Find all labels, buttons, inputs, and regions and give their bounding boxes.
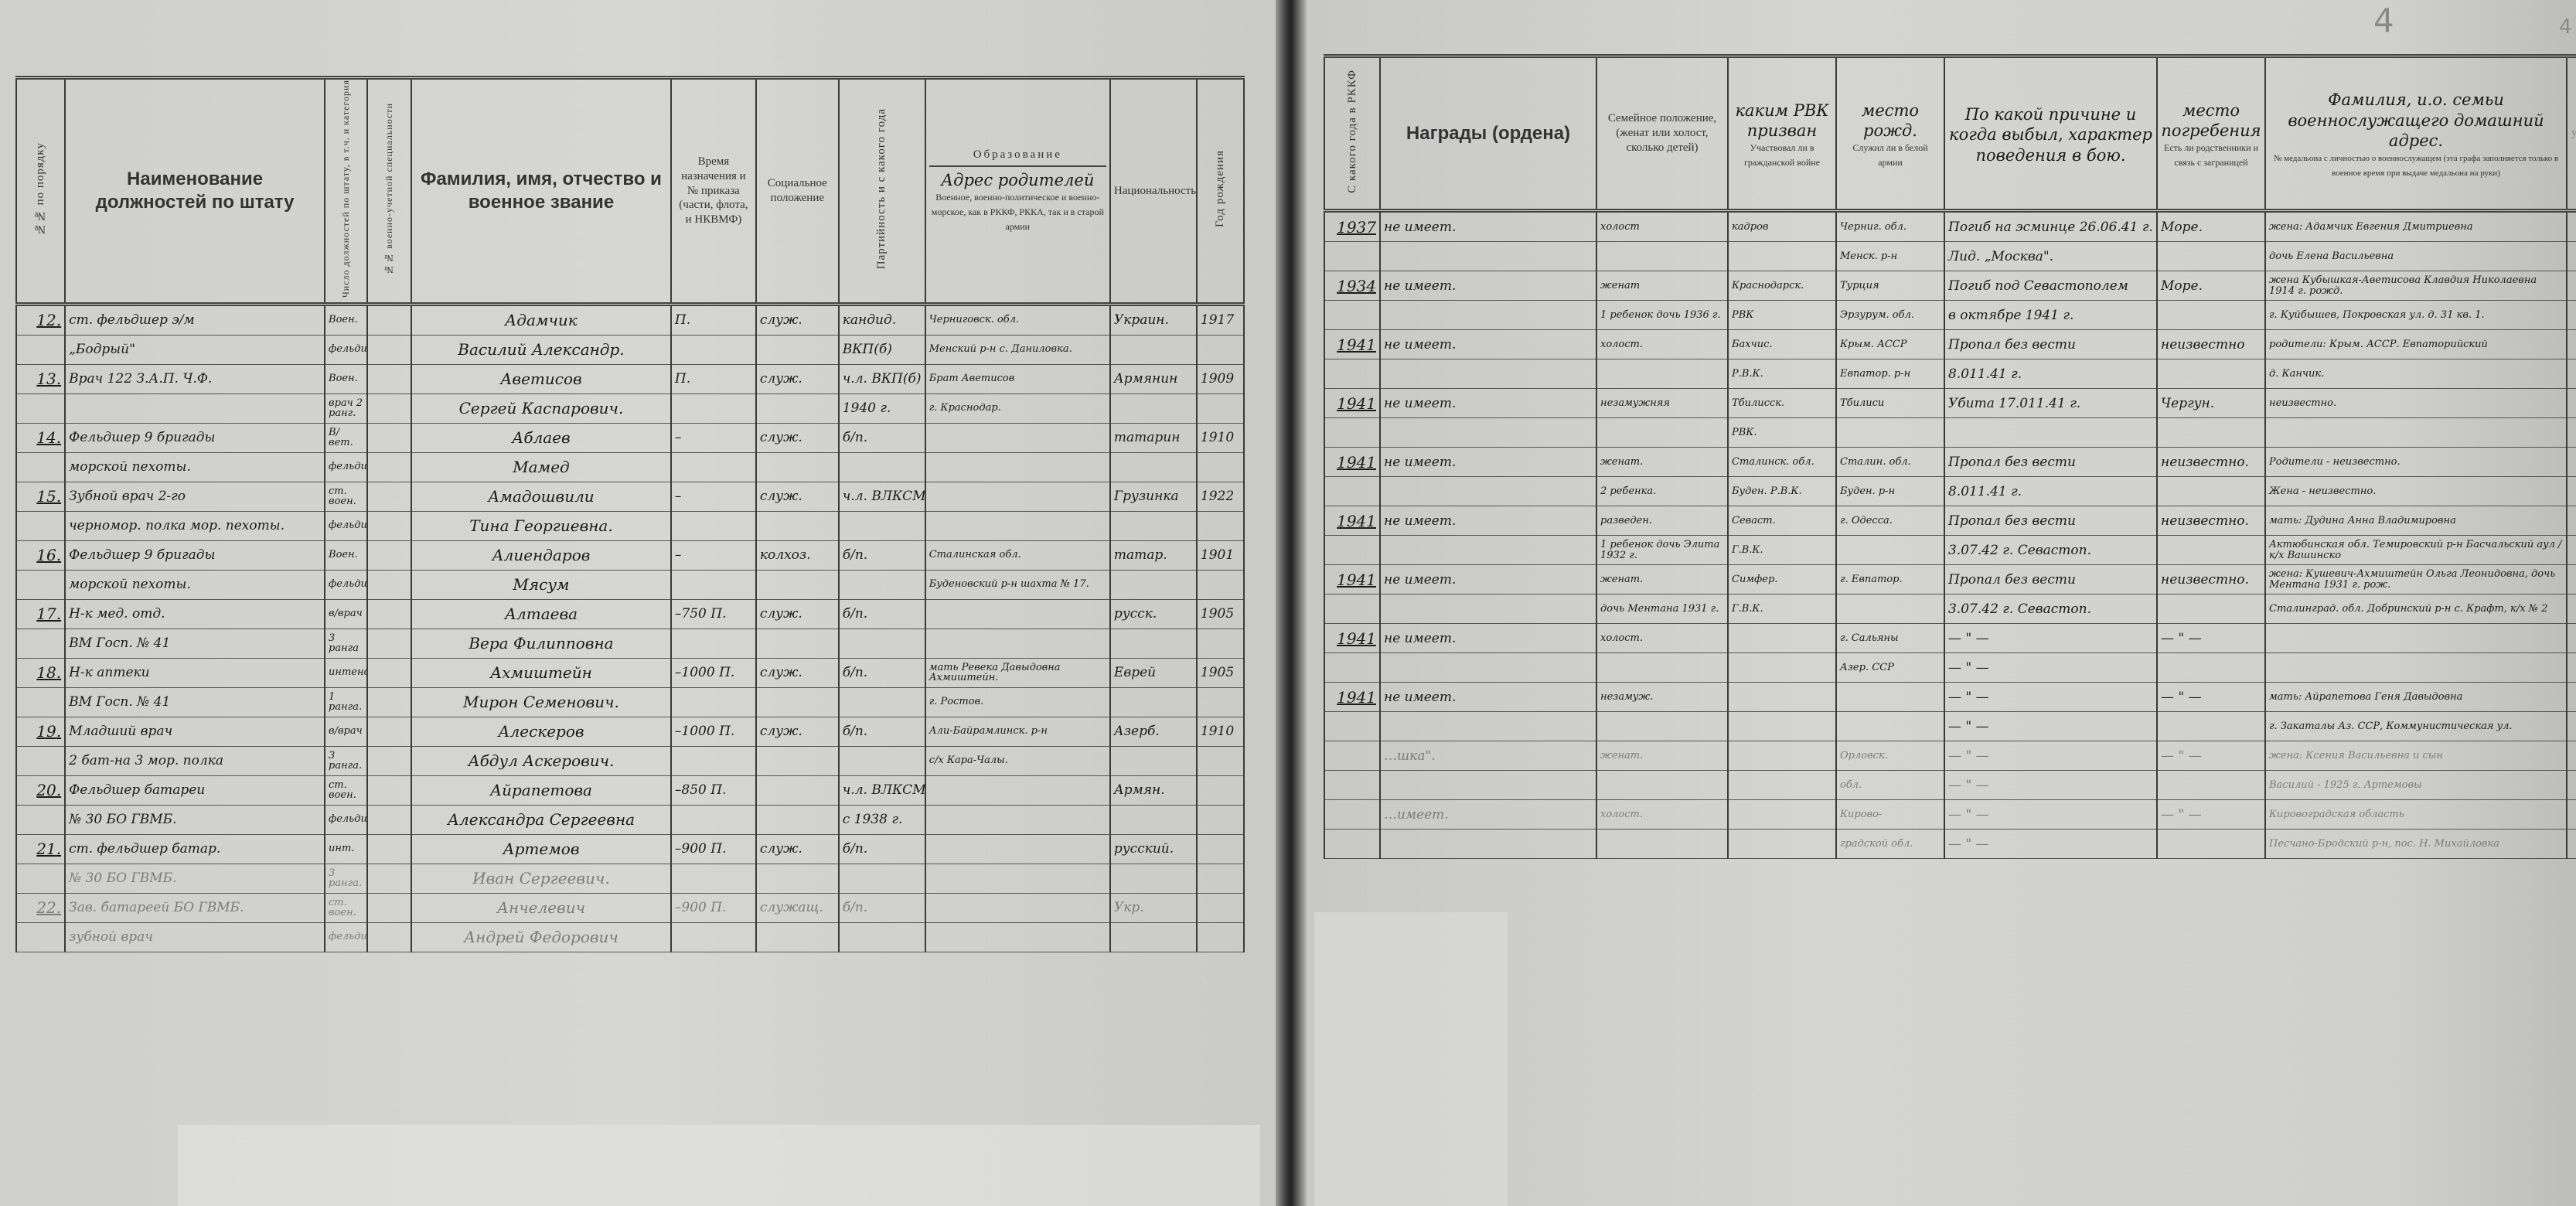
- nationality-cell: Грузинка: [1110, 482, 1197, 511]
- party-cell: б/п.: [839, 717, 925, 746]
- departure-cell: [2567, 211, 2576, 242]
- position-cell: ст. фельдшер э/м: [65, 304, 325, 335]
- departure-cell: [2567, 712, 2576, 741]
- row-number: [16, 687, 65, 717]
- row-number: 17.: [16, 599, 65, 629]
- appointment-cell: –1000 П.: [671, 658, 756, 687]
- row-number: 19.: [16, 717, 65, 746]
- reason-cell: — " —: [1944, 712, 2157, 741]
- since-year-cell: [1324, 800, 1380, 830]
- nationality-cell: [1110, 922, 1197, 952]
- burial-place-cell: неизвестно.: [2157, 448, 2265, 477]
- party-cell: [839, 687, 925, 717]
- table-row: ВМ Госп. № 413 рангаВера Филипповна: [16, 629, 1244, 658]
- name-cell: Тина Георгиевна.: [411, 511, 671, 540]
- name-cell: Алескеров: [411, 717, 671, 746]
- family-status-cell: незамуж.: [1596, 683, 1728, 712]
- parents-address-cell: [925, 511, 1110, 540]
- appointment-cell: [671, 746, 756, 775]
- burial-place-cell: Море.: [2157, 211, 2265, 242]
- row-number: [16, 452, 65, 482]
- social-cell: [756, 393, 839, 423]
- nationality-cell: Еврей: [1110, 658, 1197, 687]
- position-cell: морской пехоты.: [65, 452, 325, 482]
- family-status-cell: [1596, 653, 1728, 683]
- awards-cell: [1380, 418, 1596, 448]
- nationality-cell: татар.: [1110, 540, 1197, 570]
- departure-cell: [2567, 830, 2576, 859]
- appointment-cell: –: [671, 482, 756, 511]
- awards-cell: не имеет.: [1380, 683, 1596, 712]
- table-row: „Бодрый"фельдш.Василий Александр.ВКП(б)М…: [16, 335, 1244, 364]
- departure-cell: [2567, 389, 2576, 418]
- birthplace-cell: градской обл.: [1836, 830, 1944, 859]
- parents-address-cell: [925, 864, 1110, 893]
- family-address-cell: Жена - неизвестно.: [2265, 477, 2567, 506]
- vus-cell: [367, 304, 411, 335]
- name-cell: Мамед: [411, 452, 671, 482]
- draft-office-cell: [1728, 771, 1836, 800]
- position-cell: ВМ Госп. № 41: [65, 687, 325, 717]
- header-civil-war: каким РВК призванУчаствовал ли в граждан…: [1728, 56, 1836, 211]
- awards-cell: не имеет.: [1380, 211, 1596, 242]
- family-address-cell: Василий - 1925 г. Артемовы: [2265, 771, 2567, 800]
- social-cell: [756, 922, 839, 952]
- draft-office-cell: [1728, 830, 1836, 859]
- page-number-corner: 4: [2559, 15, 2572, 39]
- position-cell: ВМ Госп. № 41: [65, 629, 325, 658]
- row-number: 14.: [16, 423, 65, 452]
- since-year-cell: [1324, 536, 1380, 565]
- since-year-cell: 1937: [1324, 211, 1380, 242]
- right-register-table: С какого года в РККФ Награды (ордена) Се…: [1324, 54, 2576, 859]
- parents-address-cell: Али-Байрамлинск. р-н: [925, 717, 1110, 746]
- parents-address-cell: [925, 775, 1110, 805]
- position-cell: Н-к мед. отд.: [65, 599, 325, 629]
- family-address-cell: [2265, 624, 2567, 653]
- vus-cell: [367, 893, 411, 922]
- birthplace-cell: Буден. р-н: [1836, 477, 1944, 506]
- table-row: 22.Зав. батареей БО ГВМБ.ст. воен.Анчеле…: [16, 893, 1244, 922]
- burial-place-cell: [2157, 830, 2265, 859]
- awards-cell: не имеет.: [1380, 389, 1596, 418]
- vus-cell: [367, 482, 411, 511]
- party-cell: с 1938 г.: [839, 805, 925, 834]
- draft-office-cell: [1728, 800, 1836, 830]
- since-year-cell: [1324, 653, 1380, 683]
- row-number: 13.: [16, 364, 65, 393]
- appointment-cell: –750 П.: [671, 599, 756, 629]
- awards-cell: не имеет.: [1380, 448, 1596, 477]
- birth-year-cell: [1197, 687, 1244, 717]
- family-status-cell: [1596, 242, 1728, 271]
- table-row: 1937не имеет.холосткадровЧерниг. обл.Пог…: [1324, 211, 2576, 242]
- parents-address-cell: с/х Кара-Чалы.: [925, 746, 1110, 775]
- birth-year-cell: 1917: [1197, 304, 1244, 335]
- reason-cell: — " —: [1944, 771, 2157, 800]
- name-cell: Алтаева: [411, 599, 671, 629]
- draft-office-cell: [1728, 624, 1836, 653]
- since-year-cell: 1941: [1324, 683, 1380, 712]
- birth-year-cell: [1197, 746, 1244, 775]
- reason-cell: Погиб под Севастополем: [1944, 271, 2157, 301]
- departure-cell: [2567, 506, 2576, 536]
- parents-address-cell: Сталинская обл.: [925, 540, 1110, 570]
- departure-cell: [2567, 448, 2576, 477]
- birth-year-cell: [1197, 452, 1244, 482]
- birthplace-cell: Крым. АССР: [1836, 330, 1944, 359]
- rank-cell: 3 ранга.: [325, 864, 367, 893]
- vus-cell: [367, 335, 411, 364]
- burial-place-cell: — " —: [2157, 741, 2265, 771]
- vus-cell: [367, 805, 411, 834]
- position-cell: 2 бат-на 3 мор. полка: [65, 746, 325, 775]
- name-cell: Мясум: [411, 570, 671, 599]
- awards-cell: [1380, 771, 1596, 800]
- social-cell: [756, 335, 839, 364]
- header-education: Образование Адрес родителей Военное, вое…: [925, 78, 1110, 305]
- reason-cell: Лид. „Москва".: [1944, 242, 2157, 271]
- family-address-cell: Кировоградская область: [2265, 800, 2567, 830]
- birthplace-cell: г. Евпатор.: [1836, 565, 1944, 594]
- departure-cell: [2567, 271, 2576, 301]
- vus-cell: [367, 540, 411, 570]
- family-address-cell: дочь Елена Васильевна: [2265, 242, 2567, 271]
- position-cell: черномор. полка мор. пехоты.: [65, 511, 325, 540]
- nationality-cell: [1110, 864, 1197, 893]
- family-status-cell: холост.: [1596, 330, 1728, 359]
- table-row: зубной врачфельдш.Андрей Федорович: [16, 922, 1244, 952]
- table-row: РВК.: [1324, 418, 2576, 448]
- draft-office-cell: Г.В.К.: [1728, 594, 1836, 624]
- reason-cell: — " —: [1944, 653, 2157, 683]
- appointment-cell: –1000 П.: [671, 717, 756, 746]
- family-status-cell: женат.: [1596, 741, 1728, 771]
- table-row: обл.— " —Василий - 1925 г. Артемовы: [1324, 771, 2576, 800]
- burial-place-cell: неизвестно: [2157, 330, 2265, 359]
- social-cell: служ.: [756, 599, 839, 629]
- row-number: 20.: [16, 775, 65, 805]
- reason-cell: Пропал без вести: [1944, 565, 2157, 594]
- nationality-cell: [1110, 393, 1197, 423]
- header-appointment: Время назначения и № приказа (части, фло…: [671, 78, 756, 305]
- since-year-cell: [1324, 830, 1380, 859]
- family-status-cell: холост.: [1596, 800, 1728, 830]
- position-cell: № 30 БО ГВМБ.: [65, 805, 325, 834]
- burial-place-cell: [2157, 359, 2265, 389]
- family-status-cell: [1596, 418, 1728, 448]
- vus-cell: [367, 717, 411, 746]
- nationality-cell: [1110, 511, 1197, 540]
- table-row: 14.Фельдшер 9 бригадыВ/вет.Аблаев–служ.б…: [16, 423, 1244, 452]
- appointment-cell: П.: [671, 364, 756, 393]
- awards-cell: не имеет.: [1380, 624, 1596, 653]
- parents-address-cell: [925, 599, 1110, 629]
- table-row: 1941не имеет.холост.г. Сальяны— " —— " —: [1324, 624, 2576, 653]
- family-address-cell: жена: Ксения Васильевна и сын: [2265, 741, 2567, 771]
- header-nationality: Национальность: [1110, 78, 1197, 305]
- birthplace-cell: Кирово-: [1836, 800, 1944, 830]
- draft-office-cell: РВК.: [1728, 418, 1836, 448]
- family-address-cell: жена: Адамчик Евгения Дмитриевна: [2265, 211, 2567, 242]
- departure-cell: [2567, 683, 2576, 712]
- birthplace-cell: Евпатор. р-н: [1836, 359, 1944, 389]
- position-cell: Фельдшер 9 бригады: [65, 540, 325, 570]
- rank-cell: фельдш.: [325, 805, 367, 834]
- name-cell: Анчелевич: [411, 893, 671, 922]
- name-cell: Аблаев: [411, 423, 671, 452]
- table-row: Р.В.К.Евпатор. р-н8.011.41 г.д. Канчик.: [1324, 359, 2576, 389]
- header-relatives-abroad: место погребенияЕсть ли родственники и с…: [2157, 56, 2265, 211]
- awards-cell: [1380, 359, 1596, 389]
- rank-cell: 3 ранга.: [325, 746, 367, 775]
- burial-place-cell: [2157, 242, 2265, 271]
- header-reason: По какой причине и когда выбыл, характер…: [1944, 56, 2157, 211]
- parents-address-cell: [925, 452, 1110, 482]
- party-cell: [839, 570, 925, 599]
- party-cell: ВКП(б): [839, 335, 925, 364]
- party-cell: [839, 629, 925, 658]
- birth-year-cell: 1922: [1197, 482, 1244, 511]
- family-status-cell: незамужняя: [1596, 389, 1728, 418]
- table-row: врач 2 ранг.Сергей Каспарович.1940 г.г. …: [16, 393, 1244, 423]
- awards-cell: [1380, 830, 1596, 859]
- vus-cell: [367, 570, 411, 599]
- birthplace-cell: Азер. ССР: [1836, 653, 1944, 683]
- header-white-army: место рожд.Служил ли в белой армии: [1836, 56, 1944, 211]
- burial-place-cell: [2157, 301, 2265, 330]
- reason-cell: 8.011.41 г.: [1944, 359, 2157, 389]
- burial-place-cell: Чергун.: [2157, 389, 2265, 418]
- burial-place-cell: [2157, 771, 2265, 800]
- reason-cell: — " —: [1944, 624, 2157, 653]
- birthplace-cell: [1836, 418, 1944, 448]
- row-number: [16, 511, 65, 540]
- name-cell: Андрей Федорович: [411, 922, 671, 952]
- birthplace-cell: г. Сальяны: [1836, 624, 1944, 653]
- header-family-address: Фамилия, и.о. семьи военнослужащего дома…: [2265, 56, 2567, 211]
- family-status-cell: женат.: [1596, 565, 1728, 594]
- birth-year-cell: [1197, 864, 1244, 893]
- birth-year-cell: 1901: [1197, 540, 1244, 570]
- name-cell: Вера Филипповна: [411, 629, 671, 658]
- family-address-cell: [2265, 418, 2567, 448]
- table-row: 19.Младший врачв/врачАлескеров–1000 П.сл…: [16, 717, 1244, 746]
- family-address-cell: мать: Дудина Анна Владимировна: [2265, 506, 2567, 536]
- table-row: № 30 БО ГВМБ.фельдш.Александра Сергеевна…: [16, 805, 1244, 834]
- name-cell: Василий Александр.: [411, 335, 671, 364]
- burial-place-cell: [2157, 712, 2265, 741]
- parents-address-cell: г. Ростов.: [925, 687, 1110, 717]
- book-spine: [1276, 0, 1307, 1206]
- table-row: 1941не имеет.женат.Симфер.г. Евпатор.Про…: [1324, 565, 2576, 594]
- vus-cell: [367, 834, 411, 864]
- vus-cell: [367, 452, 411, 482]
- vus-cell: [367, 658, 411, 687]
- header-birth-year: Год рождения: [1197, 78, 1244, 305]
- birth-year-cell: 1909: [1197, 364, 1244, 393]
- table-row: № 30 БО ГВМБ.3 ранга.Иван Сергеевич.: [16, 864, 1244, 893]
- torn-paper-patch: [1314, 912, 1508, 1206]
- row-number: [16, 922, 65, 952]
- parents-address-cell: [925, 805, 1110, 834]
- parents-address-cell: [925, 482, 1110, 511]
- appointment-cell: –900 П.: [671, 893, 756, 922]
- departure-cell: [2567, 771, 2576, 800]
- family-status-cell: [1596, 830, 1728, 859]
- appointment-cell: [671, 335, 756, 364]
- birth-year-cell: [1197, 922, 1244, 952]
- row-number: 21.: [16, 834, 65, 864]
- position-cell: Зав. батареей БО ГВМБ.: [65, 893, 325, 922]
- family-address-cell: родители: Крым. АССР. Евпаторийский: [2265, 330, 2567, 359]
- appointment-cell: [671, 687, 756, 717]
- table-row: 18.Н-к аптекиинтенд.Ахмиштейн–1000 П.слу…: [16, 658, 1244, 687]
- since-year-cell: 1941: [1324, 624, 1380, 653]
- social-cell: [756, 629, 839, 658]
- table-row: 1 ребенок дочь Элита 1932 г.Г.В.К.3.07.4…: [1324, 536, 2576, 565]
- nationality-cell: [1110, 805, 1197, 834]
- reason-cell: Пропал без вести: [1944, 330, 2157, 359]
- position-cell: Фельдшер 9 бригады: [65, 423, 325, 452]
- social-cell: [756, 775, 839, 805]
- nationality-cell: Азерб.: [1110, 717, 1197, 746]
- reason-cell: Пропал без вести: [1944, 448, 2157, 477]
- parents-address-cell: [925, 893, 1110, 922]
- departure-cell: [2567, 359, 2576, 389]
- row-number: 22.: [16, 893, 65, 922]
- appointment-cell: –: [671, 423, 756, 452]
- family-address-cell: мать: Айрапетова Геня Давыдовна: [2265, 683, 2567, 712]
- draft-office-cell: [1728, 741, 1836, 771]
- header-count: Число должностей по штату, в т.ч. и кате…: [325, 78, 367, 305]
- birthplace-cell: [1836, 536, 1944, 565]
- vus-cell: [367, 629, 411, 658]
- awards-cell: [1380, 712, 1596, 741]
- position-cell: Врач 122 З.А.П. Ч.Ф.: [65, 364, 325, 393]
- reason-cell: — " —: [1944, 830, 2157, 859]
- family-address-cell: г. Куйбышев, Покровская ул. д. 31 кв. 1.: [2265, 301, 2567, 330]
- party-cell: б/п.: [839, 599, 925, 629]
- party-cell: [839, 922, 925, 952]
- position-cell: Зубной врач 2-го: [65, 482, 325, 511]
- left-register-table: №№ по порядку Наименование должностей по…: [15, 76, 1245, 952]
- appointment-cell: [671, 393, 756, 423]
- draft-office-cell: Краснодарск.: [1728, 271, 1836, 301]
- birthplace-cell: Тбилиси: [1836, 389, 1944, 418]
- vus-cell: [367, 511, 411, 540]
- table-row: 20.Фельдшер батареист. воен.Айрапетова–8…: [16, 775, 1244, 805]
- awards-cell: [1380, 594, 1596, 624]
- table-row: 2 бат-на 3 мор. полка3 ранга.Абдул Аскер…: [16, 746, 1244, 775]
- parents-address-cell: Брат Аветисов: [925, 364, 1110, 393]
- name-cell: Сергей Каспарович.: [411, 393, 671, 423]
- burial-place-cell: Море.: [2157, 271, 2265, 301]
- row-number: 18.: [16, 658, 65, 687]
- header-name: Фамилия, имя, отчество и военное звание: [411, 78, 671, 305]
- party-cell: 1940 г.: [839, 393, 925, 423]
- parents-address-cell: Черниговск. обл.: [925, 304, 1110, 335]
- party-cell: [839, 864, 925, 893]
- birth-year-cell: [1197, 393, 1244, 423]
- header-vus: №№ военно-учетной специальности: [367, 78, 411, 305]
- awards-cell: [1380, 536, 1596, 565]
- party-cell: б/п.: [839, 423, 925, 452]
- reason-cell: Пропал без вести: [1944, 506, 2157, 536]
- table-row: …шка".женат.Орловск.— " —— " —жена: Ксен…: [1324, 741, 2576, 771]
- row-number: 15.: [16, 482, 65, 511]
- table-row: 1941не имеет.холост.Бахчис.Крым. АССРПро…: [1324, 330, 2576, 359]
- name-cell: Абдул Аскерович.: [411, 746, 671, 775]
- parents-address-cell: мать Ревека Давыдовна Ахмиштейн.: [925, 658, 1110, 687]
- vus-cell: [367, 775, 411, 805]
- since-year-cell: [1324, 301, 1380, 330]
- since-year-cell: 1941: [1324, 448, 1380, 477]
- rank-cell: ст. воен.: [325, 775, 367, 805]
- nationality-cell: русск.: [1110, 599, 1197, 629]
- name-cell: Алиендаров: [411, 540, 671, 570]
- nationality-cell: Укр.: [1110, 893, 1197, 922]
- vus-cell: [367, 423, 411, 452]
- table-row: морской пехоты.фельдш.МясумБуденовский р…: [16, 570, 1244, 599]
- family-status-cell: 2 ребенка.: [1596, 477, 1728, 506]
- parents-address-cell: [925, 834, 1110, 864]
- reason-cell: в октябре 1941 г.: [1944, 301, 2157, 330]
- position-cell: морской пехоты.: [65, 570, 325, 599]
- party-cell: [839, 452, 925, 482]
- reason-cell: [1944, 418, 2157, 448]
- family-status-cell: женат: [1596, 271, 1728, 301]
- awards-cell: не имеет.: [1380, 565, 1596, 594]
- departure-cell: [2567, 330, 2576, 359]
- reason-cell: — " —: [1944, 800, 2157, 830]
- table-row: Менск. р-нЛид. „Москва".дочь Елена Васил…: [1324, 242, 2576, 271]
- row-number: 16.: [16, 540, 65, 570]
- family-address-cell: Родители - неизвестно.: [2265, 448, 2567, 477]
- birth-year-cell: 1905: [1197, 599, 1244, 629]
- row-number: [16, 864, 65, 893]
- family-address-cell: г. Закаталы Аз. ССР, Коммунистическая ул…: [2265, 712, 2567, 741]
- birthplace-cell: Сталин. обл.: [1836, 448, 1944, 477]
- social-cell: [756, 746, 839, 775]
- table-row: 12.ст. фельдшер э/мВоен.АдамчикП.служ.ка…: [16, 304, 1244, 335]
- table-row: 1941не имеет.разведен.Севаст.г. Одесса.П…: [1324, 506, 2576, 536]
- header-num: №№ по порядку: [16, 78, 65, 305]
- table-row: 1941не имеет.незамуж.— " —— " —мать: Айр…: [1324, 683, 2576, 712]
- birth-year-cell: [1197, 629, 1244, 658]
- parents-address-cell: Буденовский р-н шахта № 17.: [925, 570, 1110, 599]
- awards-cell: [1380, 242, 1596, 271]
- since-year-cell: [1324, 477, 1380, 506]
- party-cell: ч.л. ВКП(б): [839, 364, 925, 393]
- awards-cell: [1380, 477, 1596, 506]
- table-row: градской обл.— " —Песчано-Бродский р-н, …: [1324, 830, 2576, 859]
- header-departure: Когда, куда убыл, № приказа или циркуляр…: [2567, 56, 2576, 211]
- rank-cell: ст. воен.: [325, 893, 367, 922]
- row-number: [16, 393, 65, 423]
- appointment-cell: –: [671, 540, 756, 570]
- table-row: 1941не имеет.женат.Сталинск. обл.Сталин.…: [1324, 448, 2576, 477]
- name-cell: Амадошвили: [411, 482, 671, 511]
- birth-year-cell: 1905: [1197, 658, 1244, 687]
- name-cell: Иван Сергеевич.: [411, 864, 671, 893]
- departure-cell: [2567, 418, 2576, 448]
- header-awards: Награды (ордена): [1380, 56, 1596, 211]
- social-cell: служ.: [756, 658, 839, 687]
- position-cell: Фельдшер батареи: [65, 775, 325, 805]
- social-cell: [756, 687, 839, 717]
- appointment-cell: –900 П.: [671, 834, 756, 864]
